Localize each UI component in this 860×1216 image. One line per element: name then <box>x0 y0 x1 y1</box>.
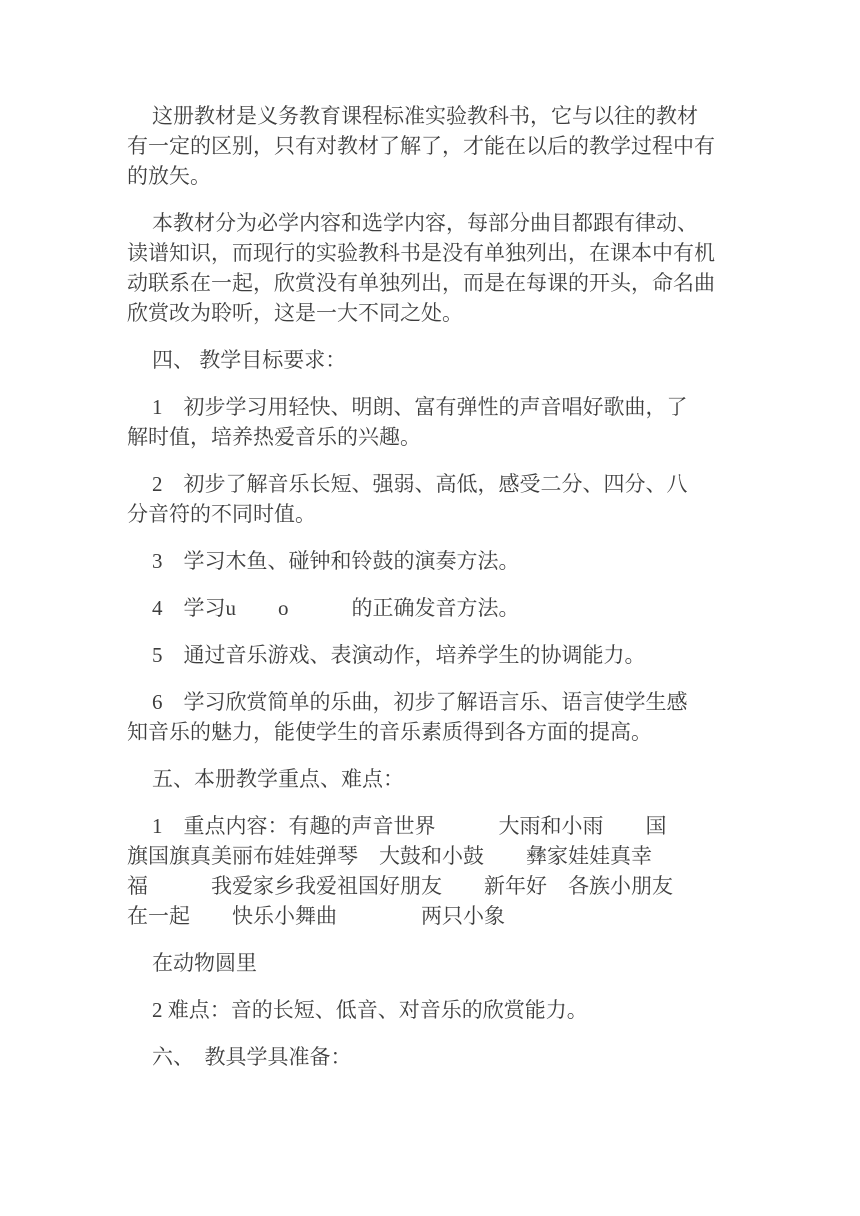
heading-section-four: 四、 教学目标要求： <box>127 345 770 375</box>
objective-item-1: 1 初步学习用轻快、明朗、富有弹性的声音唱好歌曲，了 解时值，培养热爱音乐的兴趣… <box>127 392 770 452</box>
difficulty-paragraph: 2 难点：音的长短、低音、对音乐的欣赏能力。 <box>127 995 770 1025</box>
paragraph-textbook-intro: 这册教材是义务教育课程标准实验教科书，它与以往的教材 有一定的区别，只有对教材了… <box>127 101 770 191</box>
key-content-continued: 在动物圆里 <box>127 948 770 978</box>
objective-item-6: 6 学习欣赏简单的乐曲，初步了解语言乐、语言使学生感 知音乐的魅力，能使学生的音… <box>127 687 770 747</box>
heading-section-five: 五、本册教学重点、难点： <box>127 764 770 794</box>
heading-section-six: 六、 教具学具准备： <box>127 1042 770 1072</box>
objective-item-4: 4 学习u o 的正确发音方法。 <box>127 593 770 623</box>
objective-item-3: 3 学习木鱼、碰钟和铃鼓的演奏方法。 <box>127 546 770 576</box>
document-page: 这册教材是义务教育课程标准实验教科书，它与以往的教材 有一定的区别，只有对教材了… <box>0 0 860 1216</box>
objective-item-5: 5 通过音乐游戏、表演动作，培养学生的协调能力。 <box>127 640 770 670</box>
objective-item-2: 2 初步了解音乐长短、强弱、高低，感受二分、四分、八 分音符的不同时值。 <box>127 469 770 529</box>
paragraph-textbook-structure: 本教材分为必学内容和选学内容，每部分曲目都跟有律动、 读谱知识，而现行的实验教科… <box>127 208 770 328</box>
key-content-paragraph: 1 重点内容：有趣的声音世界 大雨和小雨 国 旗国旗真美丽布娃娃弹琴 大鼓和小鼓… <box>127 811 770 931</box>
